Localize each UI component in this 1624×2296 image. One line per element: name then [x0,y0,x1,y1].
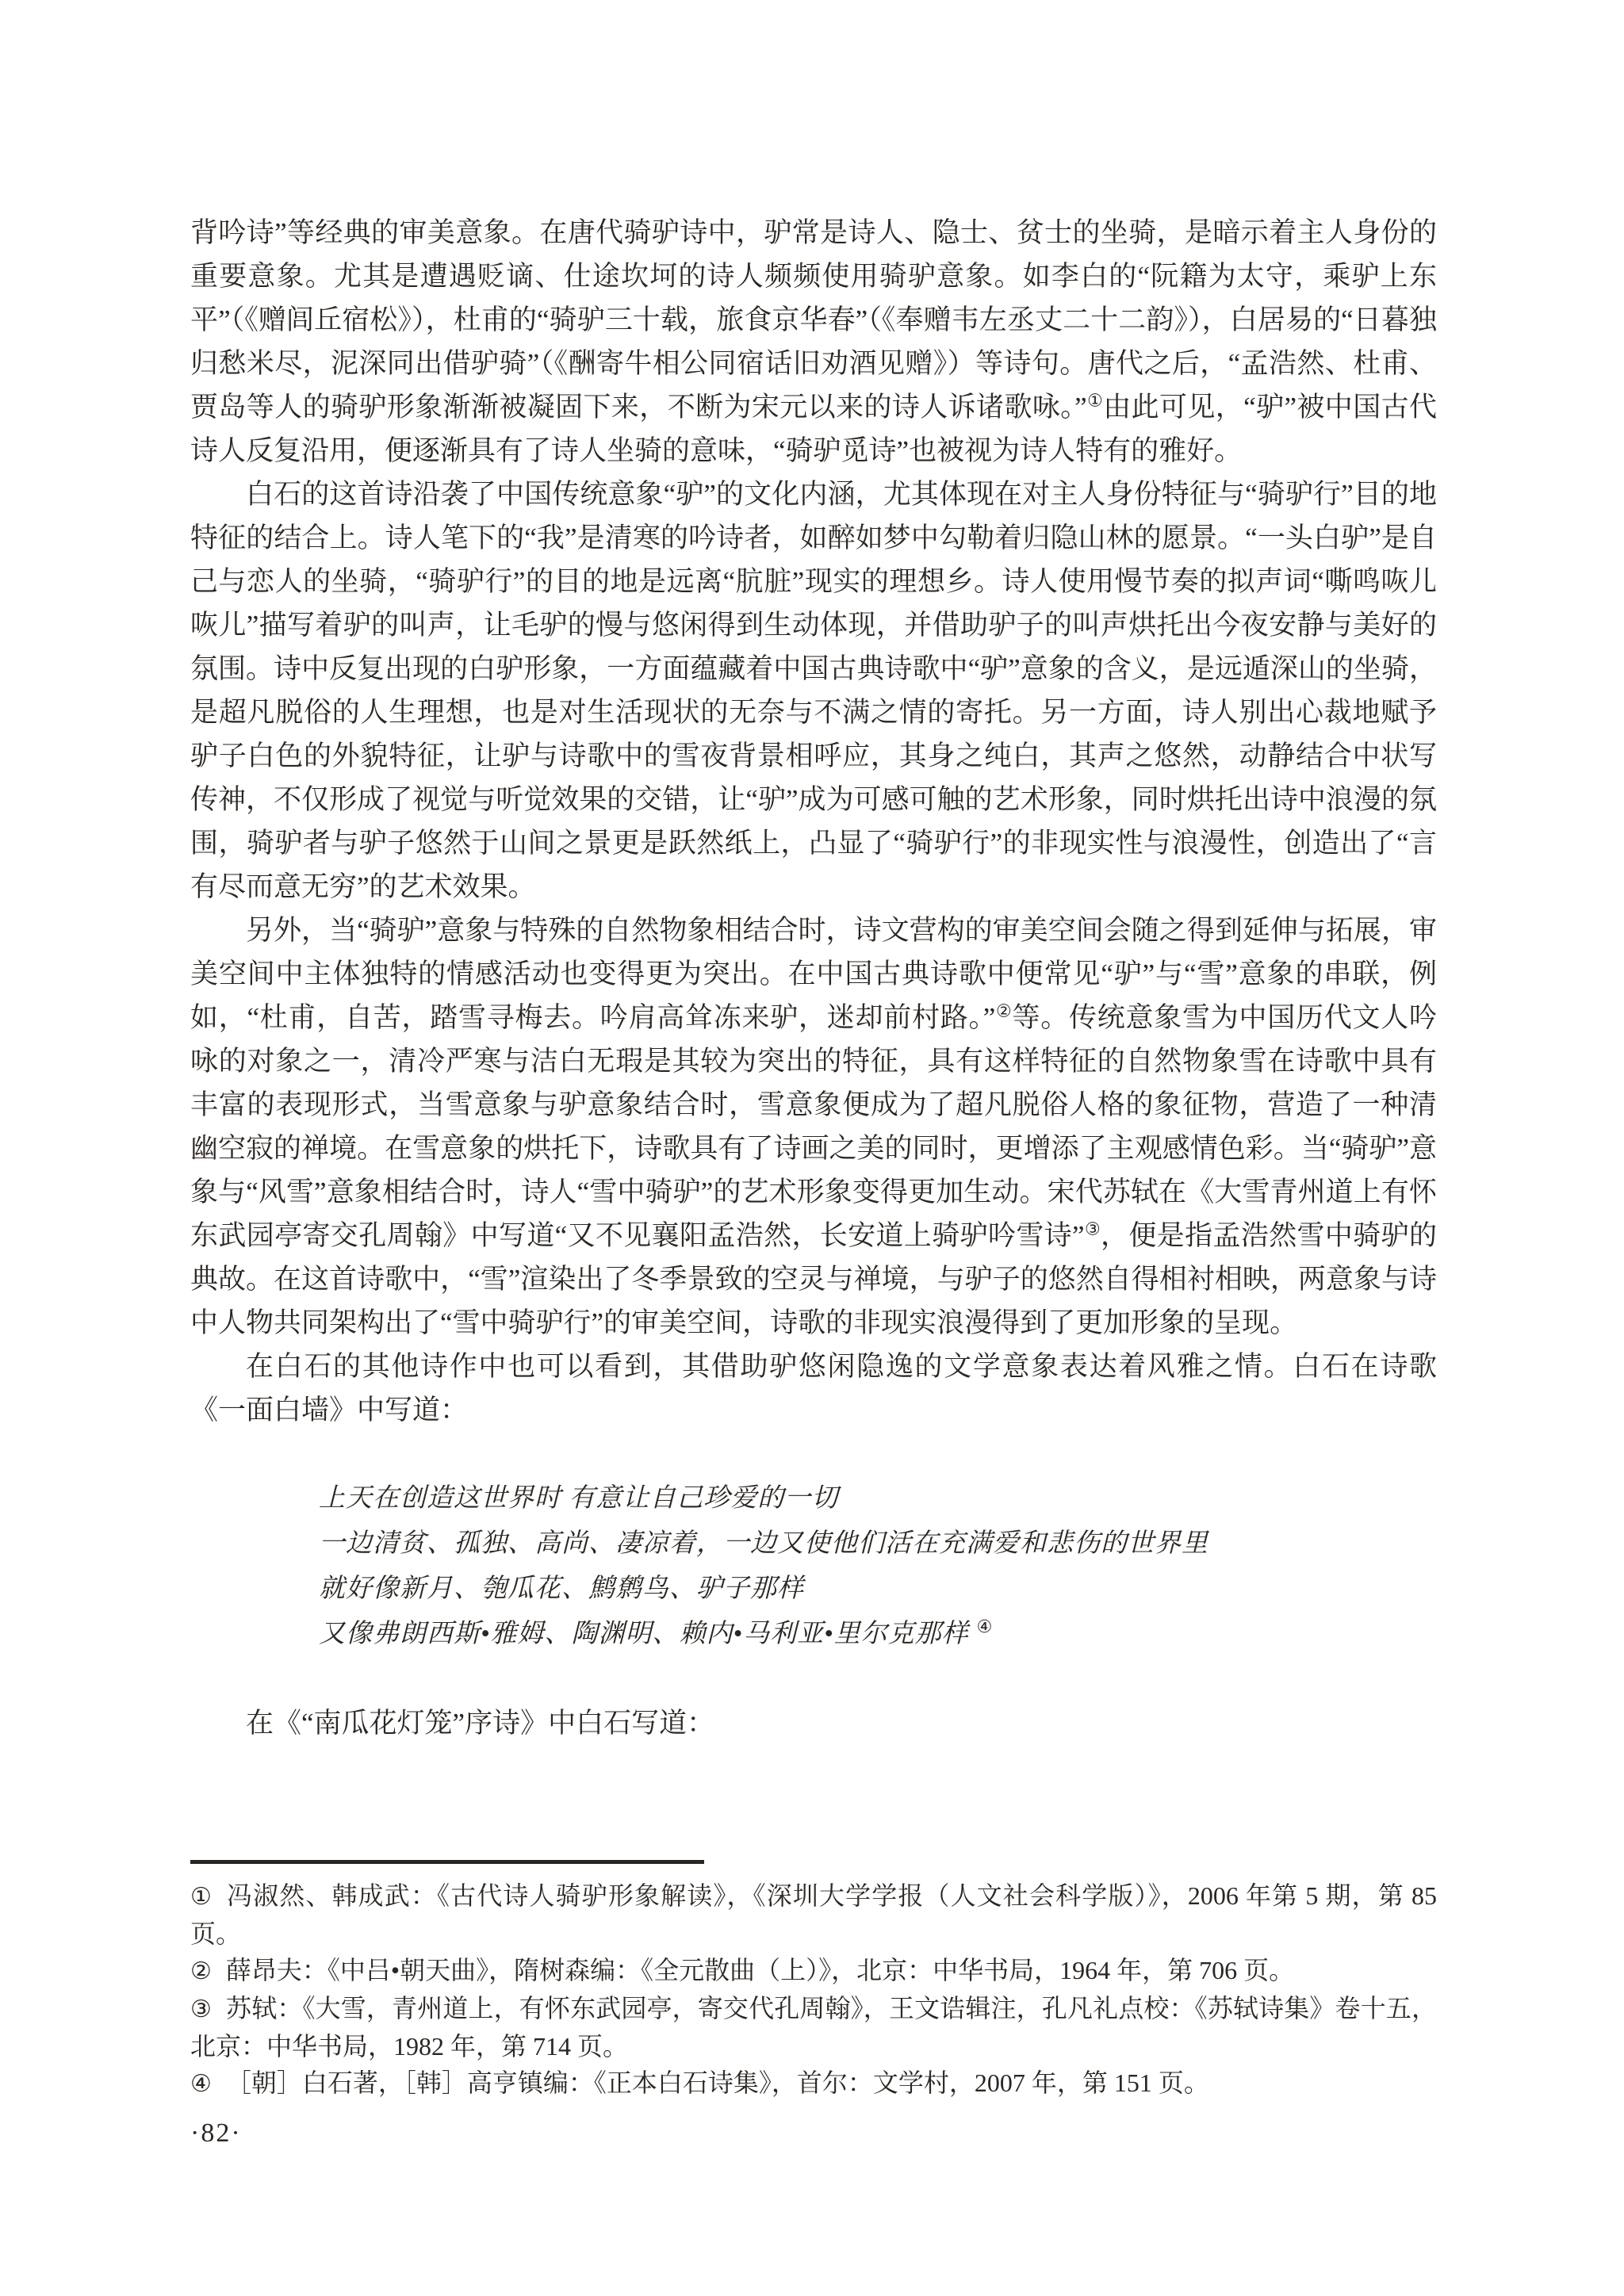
poem-line-text: 又像弗朗西斯•雅姆、陶渊明、赖内•马利亚•里尔克那样 [319,1620,969,1648]
footnote-ref-1: ① [1087,391,1104,411]
footnote-2: ②薛昂夫：《中吕•朝天曲》，隋树森编：《全元散曲（上）》，北京：中华书局，196… [190,1952,1437,1990]
footnote-3: ③苏轼：《大雪，青州道上，有怀东武园亭，寄交代孔周翰》，王文诰辑注，孔凡礼点校：… [190,1990,1437,2064]
paragraph-text: 在《“南瓜花灯笼”序诗》中白石写道： [246,1708,714,1739]
document-page: 背吟诗”等经典的审美意象。在唐代骑驴诗中，驴常是诗人、隐士、贫士的坐骑，是暗示着… [0,0,1624,2296]
poem-line-4: 又像弗朗西斯•雅姆、陶渊明、赖内•马利亚•里尔克那样④ [319,1612,1437,1657]
footnote-ref-4: ④ [977,1617,994,1637]
footnote-ref-2: ② [995,1001,1012,1021]
footnote-1-marker: ① [190,1883,213,1911]
paragraph-text: 白石的这首诗沿袭了中国传统意象“驴”的文化内涵，尤其体现在对主人身份特征与“骑驴… [190,479,1437,902]
footnote-2-text: 薛昂夫：《中吕•朝天曲》，隋树森编：《全元散曲（上）》，北京：中华书局，1964… [226,1956,1294,1984]
poem-line-3: 就好像新月、匏瓜花、鹪鹩鸟、驴子那样 [319,1567,1437,1612]
poem-quote: 上天在创造这世界时 有意让自己珍爱的一切 一边清贫、孤独、高尚、凄凉着，一边又使… [319,1476,1437,1657]
body-paragraph-1: 背吟诗”等经典的审美意象。在唐代骑驴诗中，驴常是诗人、隐士、贫士的坐骑，是暗示着… [190,211,1437,473]
footnote-1: ①冯淑然、韩成武：《古代诗人骑驴形象解读》，《深圳大学学报（人文社会科学版）》，… [190,1877,1437,1952]
footnote-4-text: ［朝］白石著，［韩］高亨镇编：《正本白石诗集》，首尔：文学村，2007 年，第 … [226,2068,1209,2097]
footnote-3-marker: ③ [190,1996,212,2023]
footnote-4-marker: ④ [190,2070,212,2098]
footnote-1-text: 冯淑然、韩成武：《古代诗人骑驴形象解读》，《深圳大学学报（人文社会科学版）》，2… [190,1881,1437,1948]
body-paragraph-4: 在白石的其他诗作中也可以看到，其借助驴悠闲隐逸的文学意象表达着风雅之情。白石在诗… [190,1345,1437,1432]
footnote-3-text: 苏轼：《大雪，青州道上，有怀东武园亭，寄交代孔周翰》，王文诰辑注，孔凡礼点校：《… [190,1994,1437,2061]
poem-line-1: 上天在创造这世界时 有意让自己珍爱的一切 [319,1476,1437,1521]
footnote-separator [190,1860,704,1864]
paragraph-text: 在白石的其他诗作中也可以看到，其借助驴悠闲隐逸的文学意象表达着风雅之情。白石在诗… [190,1351,1437,1425]
page-content: 背吟诗”等经典的审美意象。在唐代骑驴诗中，驴常是诗人、隐士、贫士的坐骑，是暗示着… [190,211,1437,1860]
poem-line-2: 一边清贫、孤独、高尚、凄凉着，一边又使他们活在充满爱和悲伤的世界里 [319,1521,1437,1567]
footnote-ref-3: ③ [1085,1219,1101,1239]
footnotes-section: ①冯淑然、韩成武：《古代诗人骑驴形象解读》，《深圳大学学报（人文社会科学版）》，… [190,1860,1437,2103]
body-paragraph-2: 白石的这首诗沿袭了中国传统意象“驴”的文化内涵，尤其体现在对主人身份特征与“骑驴… [190,473,1437,909]
footnote-2-marker: ② [190,1957,212,1985]
page-number: ·82· [190,2118,242,2149]
body-paragraph-5: 在《“南瓜花灯笼”序诗》中白石写道： [190,1701,1437,1745]
paragraph-text: 等。传统意象雪为中国历代文人吟咏的对象之一，清冷严寒与洁白无瑕是其较为突出的特征… [190,1002,1437,1251]
body-paragraph-3: 另外，当“骑驴”意象与特殊的自然物象相结合时，诗文营构的审美空间会随之得到延伸与… [190,909,1437,1345]
footnote-4: ④［朝］白石著，［韩］高亨镇编：《正本白石诗集》，首尔：文学村，2007 年，第… [190,2064,1437,2103]
